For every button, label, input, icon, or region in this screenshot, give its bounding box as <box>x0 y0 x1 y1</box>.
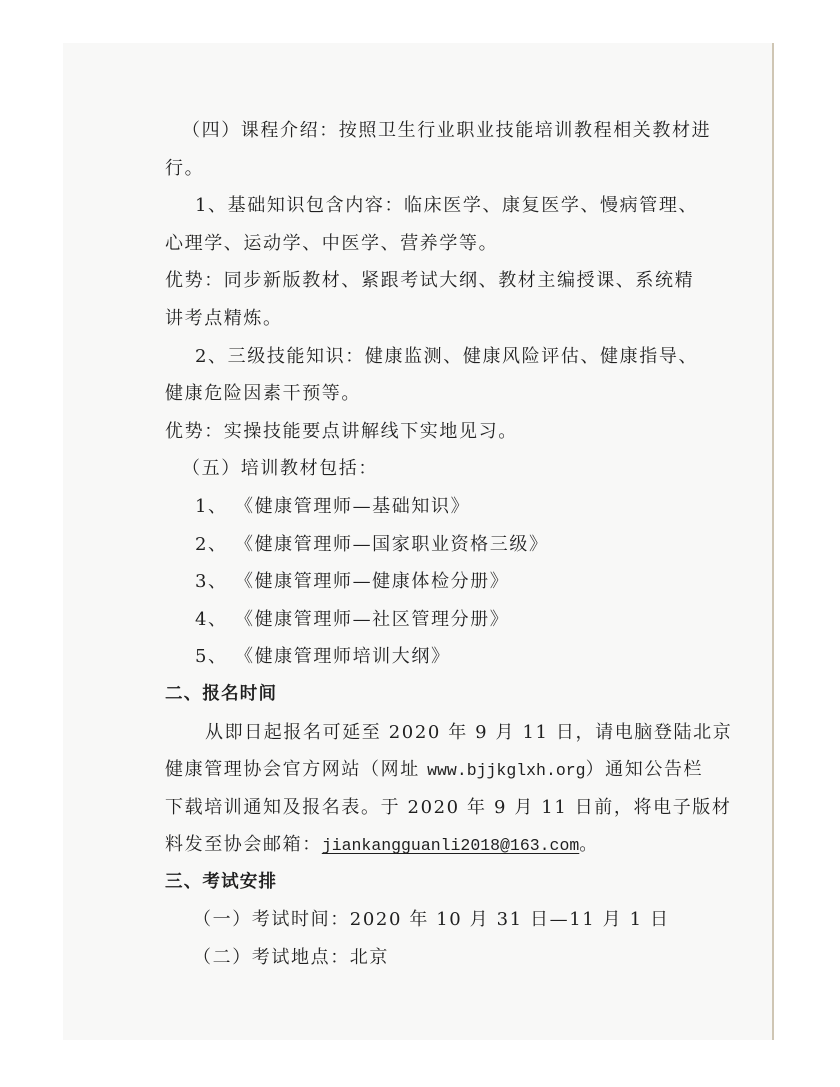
registration-line3: 下载培训通知及报名表。于 2020 年 9 月 11 日前，将电子版材 <box>165 789 675 827</box>
book-title: 《健康管理师培训大纲》 <box>235 646 451 667</box>
registration-line4: 料发至协会邮箱：jiankangguanli2018@163.com。 <box>165 826 675 864</box>
book-title: 《健康管理师—基础知识》 <box>235 496 470 517</box>
registration-line4-suffix: 。 <box>579 834 599 855</box>
book-number: 4、 <box>195 609 228 630</box>
registration-heading: 二、报名时间 <box>165 676 675 714</box>
registration-line1: 从即日起报名可延至 2020 年 9 月 11 日，请电脑登陆北京 <box>165 714 675 752</box>
registration-line2-prefix: 健康管理协会官方网站（网址 <box>165 759 427 780</box>
book-list-item: 5、 《健康管理师培训大纲》 <box>165 638 675 676</box>
registration-line2: 健康管理协会官方网站（网址 www.bjjkglxh.org）通知公告栏 <box>165 751 675 789</box>
section-4-title-line2: 行。 <box>165 150 675 188</box>
basic-knowledge-line2: 心理学、运动学、中医学、营养学等。 <box>165 225 675 263</box>
registration-line4-prefix: 料发至协会邮箱： <box>165 834 322 855</box>
section-5-title: （五）培训教材包括： <box>165 450 675 488</box>
skills-knowledge-line1: 2、三级技能知识：健康监测、健康风险评估、健康指导、 <box>165 338 675 376</box>
advantage-2: 优势：实操技能要点讲解线下实地见习。 <box>165 413 675 451</box>
advantage-1-line1: 优势：同步新版教材、紧跟考试大纲、教材主编授课、系统精 <box>165 262 675 300</box>
book-list-item: 3、 《健康管理师—健康体检分册》 <box>165 563 675 601</box>
book-number: 5、 <box>195 646 228 667</box>
book-title: 《健康管理师—社区管理分册》 <box>235 609 509 630</box>
book-list-item: 4、 《健康管理师—社区管理分册》 <box>165 601 675 639</box>
book-number: 1、 <box>195 496 228 517</box>
document-body: （四）课程介绍：按照卫生行业职业技能培训教程相关教材进 行。 1、基础知识包含内… <box>165 112 675 977</box>
email-link[interactable]: jiankangguanli2018@163.com <box>322 836 579 855</box>
book-number: 3、 <box>195 571 228 592</box>
exam-time: （一）考试时间：2020 年 10 月 31 日—11 月 1 日 <box>165 901 675 939</box>
section-4-title-line1: （四）课程介绍：按照卫生行业职业技能培训教程相关教材进 <box>165 112 675 150</box>
book-number: 2、 <box>195 534 228 555</box>
exam-heading: 三、考试安排 <box>165 864 675 902</box>
exam-location: （二）考试地点：北京 <box>165 939 675 977</box>
advantage-1-line2: 讲考点精炼。 <box>165 300 675 338</box>
skills-knowledge-line2: 健康危险因素干预等。 <box>165 375 675 413</box>
book-list-item: 1、 《健康管理师—基础知识》 <box>165 488 675 526</box>
website-link[interactable]: www.bjjkglxh.org <box>427 761 585 780</box>
book-title: 《健康管理师—健康体检分册》 <box>235 571 509 592</box>
book-title: 《健康管理师—国家职业资格三级》 <box>235 534 549 555</box>
registration-line2-suffix: ）通知公告栏 <box>586 759 704 780</box>
basic-knowledge-line1: 1、基础知识包含内容：临床医学、康复医学、慢病管理、 <box>165 187 675 225</box>
book-list-item: 2、 《健康管理师—国家职业资格三级》 <box>165 526 675 564</box>
